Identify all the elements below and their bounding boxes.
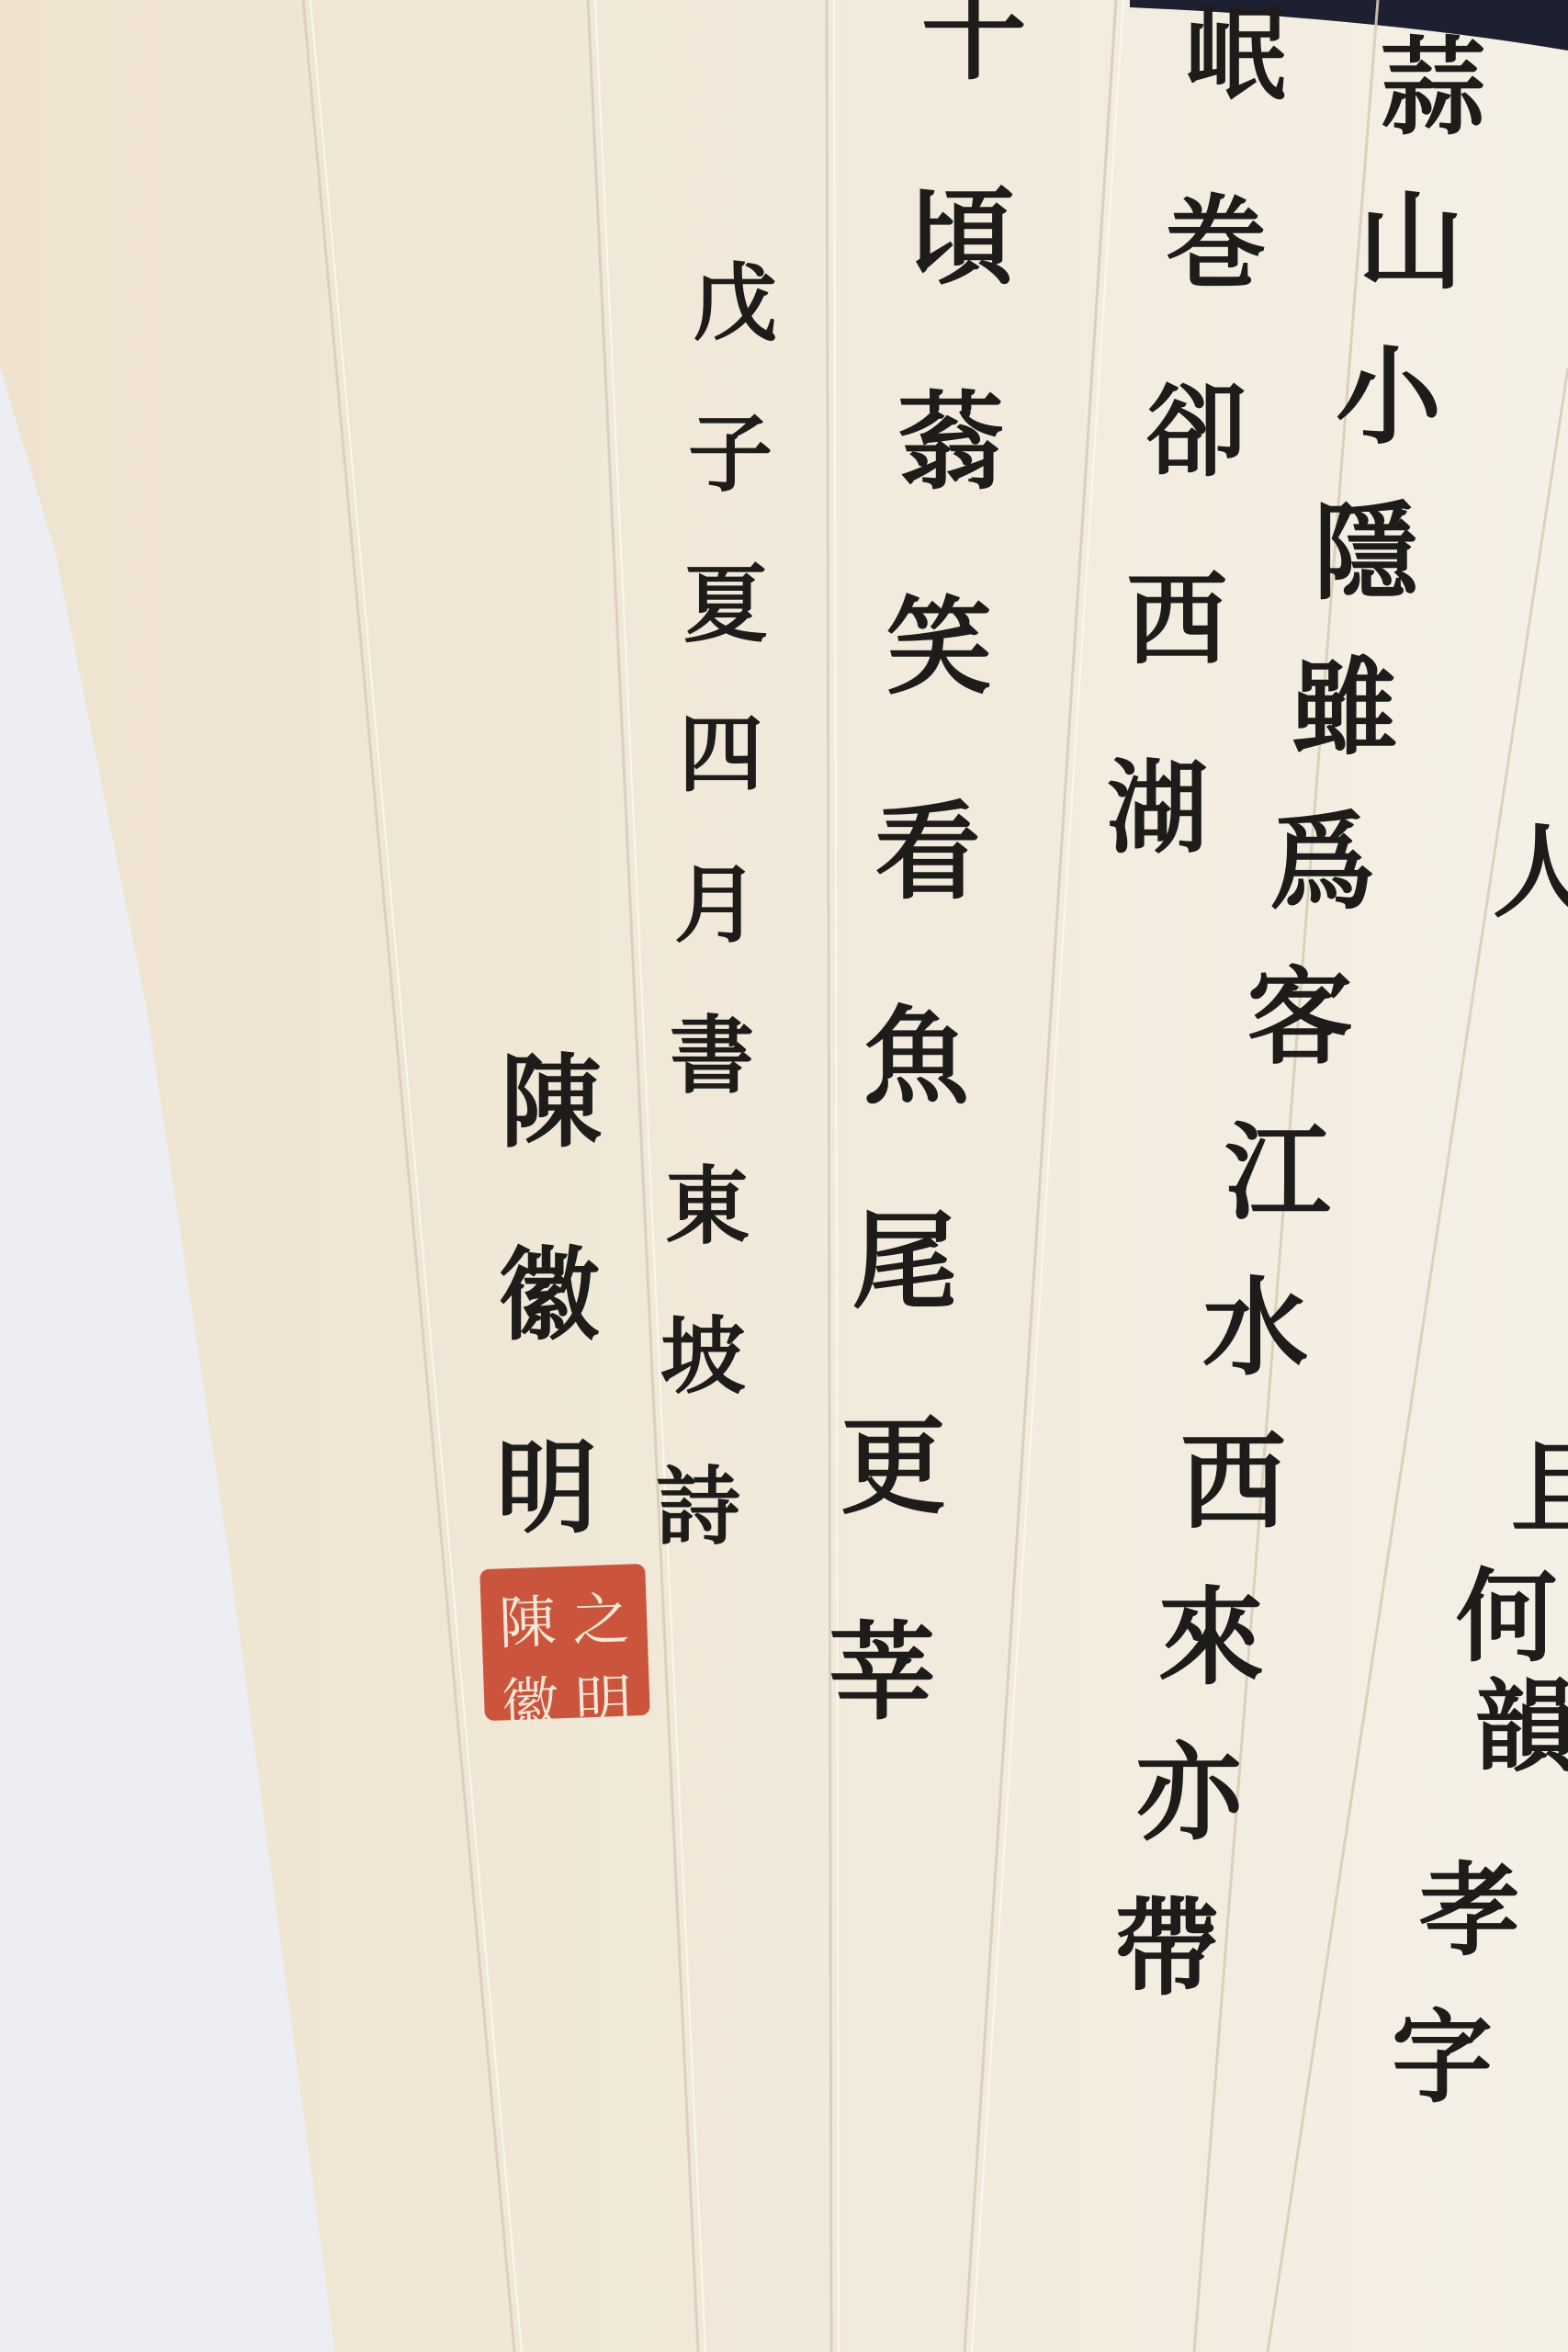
calligraphy-char: 明 (496, 1438, 597, 1539)
partial-calligraphy-char: 且 (1511, 1438, 1568, 1539)
calligraphy-char: 徽 (499, 1245, 600, 1346)
calligraphy-char: 西 (1126, 570, 1227, 671)
calligraphy-char: 四 (679, 712, 763, 797)
calligraphy-char: 子 (688, 412, 773, 496)
calligraphy-char: 東 (665, 1164, 750, 1249)
calligraphy-char: 夏 (683, 562, 768, 647)
partial-calligraphy-char: 人 (1493, 822, 1568, 923)
calligraphy-char: 客 (1247, 965, 1353, 1070)
calligraphy-char: 雖 (1292, 655, 1397, 761)
red-seal-stamp: 陳 之 徽 明 (479, 1564, 650, 1721)
seal-char: 明 (566, 1655, 642, 1739)
partial-calligraphy-char: 韻 (1474, 1677, 1568, 1778)
calligraphy-char: 千 (921, 0, 1027, 85)
partial-calligraphy-char: 字 (1392, 2007, 1493, 2109)
calligraphy-char: 隱 (1314, 500, 1419, 605)
calligraphy-char: 來 (1158, 1585, 1264, 1690)
calligraphy-char: 湖 (1107, 758, 1208, 859)
calligraphy-char: 岷 (1185, 5, 1286, 106)
partial-calligraphy-char: 孝 (1419, 1860, 1520, 1962)
calligraphy-char: 蓊 (898, 390, 1004, 495)
calligraphy-char: 西 (1180, 1430, 1286, 1535)
calligraphy-char: 看 (875, 799, 981, 905)
calligraphy-char: 書 (670, 1013, 754, 1098)
seal-char: 之 (562, 1573, 638, 1657)
calligraphy-char: 小 (1336, 345, 1441, 450)
calligraphy-char: 陳 (501, 1052, 602, 1153)
calligraphy-char: 更 (840, 1414, 946, 1520)
calligraphy-char: 帶 (1114, 1895, 1220, 2001)
calligraphy-char: 水 (1202, 1275, 1308, 1381)
calligraphy-char: 亦 (1136, 1740, 1242, 1846)
calligraphy-char: 蒜 (1381, 35, 1486, 141)
calligraphy-char: 魚 (863, 1004, 969, 1110)
calligraphy-char: 卻 (1146, 381, 1247, 482)
calligraphy-char: 山 (1358, 189, 1463, 295)
calligraphy-char: 月 (674, 863, 759, 947)
calligraphy-char: 莘 (829, 1620, 935, 1725)
fan-photo (0, 0, 1568, 2352)
calligraphy-char: 笑 (886, 594, 992, 700)
seal-char: 陳 (490, 1576, 566, 1660)
calligraphy-char: 巻 (1166, 193, 1267, 294)
calligraphy-char: 爲 (1269, 809, 1375, 915)
seal-char: 徽 (492, 1657, 569, 1742)
calligraphy-char: 江 (1224, 1120, 1330, 1226)
calligraphy-char: 坡 (660, 1314, 745, 1398)
calligraphy-char: 尾 (852, 1209, 958, 1315)
calligraphy-char: 頃 (909, 185, 1015, 290)
calligraphy-char: 詩 (656, 1464, 740, 1549)
partial-calligraphy-char: 何 (1456, 1566, 1557, 1668)
calligraphy-char: 戊 (693, 261, 777, 345)
